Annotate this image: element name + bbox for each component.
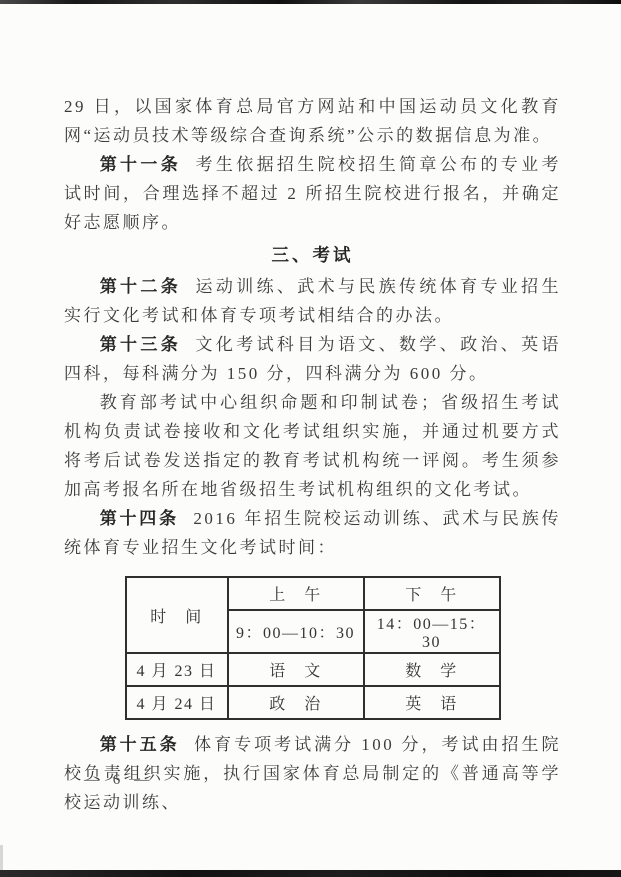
document-content: 29 日，以国家体育总局官方网站和中国运动员文化教育网“运动员技术等级综合查询系…	[64, 92, 561, 817]
table-header-morning: 上 午	[228, 577, 364, 610]
table-morning-time: 9：00—10：30	[228, 610, 364, 653]
paragraph-continuation: 29 日，以国家体育总局官方网站和中国运动员文化教育网“运动员技术等级综合查询系…	[64, 92, 561, 150]
document-page: 29 日，以国家体育总局官方网站和中国运动员文化教育网“运动员技术等级综合查询系…	[0, 0, 621, 877]
table-header-afternoon: 下 午	[364, 577, 500, 610]
table-header-time: 时 间	[126, 577, 228, 653]
article-13-label: 第十三条	[100, 335, 181, 354]
article-15-label: 第十五条	[100, 735, 180, 754]
paragraph-exam-organization: 教育部考试中心组织命题和印制试卷；省级招生考试机构负责试卷接收和文化考试组织实施…	[64, 388, 561, 504]
section-heading-exam: 三、考试	[64, 241, 561, 270]
table-row-april-24: 4 月 24 日 政 治 英 语	[126, 686, 500, 719]
page-number: — 6 —	[84, 772, 154, 789]
table-row-april-23: 4 月 23 日 语 文 数 学	[126, 653, 500, 686]
table-subject-morning: 语 文	[228, 653, 364, 686]
paragraph-article-14: 第十四条2016 年招生院校运动训练、武术与民族传统体育专业招生文化考试时间：	[64, 504, 561, 562]
article-14-label: 第十四条	[100, 509, 179, 528]
paragraph-article-13: 第十三条文化考试科目为语文、数学、政治、英语四科，每科满分为 150 分，四科满…	[64, 330, 561, 388]
table-subject-afternoon: 英 语	[364, 686, 500, 719]
article-12-label: 第十二条	[100, 277, 181, 296]
article-11-label: 第十一条	[100, 155, 181, 174]
paragraph-article-12: 第十二条运动训练、武术与民族传统体育专业招生实行文化考试和体育专项考试相结合的办…	[64, 272, 561, 330]
table-date: 4 月 24 日	[126, 686, 228, 719]
table-subject-morning: 政 治	[228, 686, 364, 719]
scan-edge-bottom	[0, 870, 621, 877]
exam-schedule-table: 时 间 上 午 下 午 9：00—10：30 14：00—15：30 4 月 2…	[125, 576, 501, 720]
scan-edge-top	[0, 0, 621, 4]
scan-edge-left	[0, 845, 3, 870]
table-header-row: 时 间 上 午 下 午	[126, 577, 500, 610]
table-subject-afternoon: 数 学	[364, 653, 500, 686]
paragraph-article-11: 第十一条考生依据招生院校招生简章公布的专业考试时间，合理选择不超过 2 所招生院…	[64, 150, 561, 237]
table-date: 4 月 23 日	[126, 653, 228, 686]
table-afternoon-time: 14：00—15：30	[364, 610, 500, 653]
